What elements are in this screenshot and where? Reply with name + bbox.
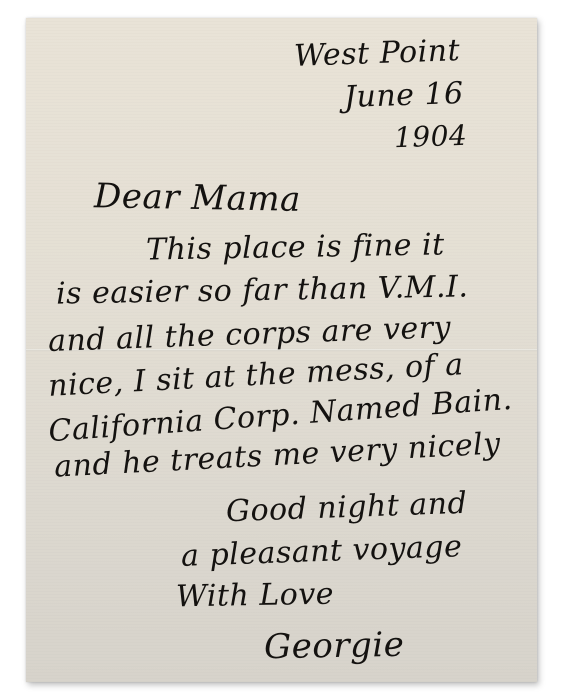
letter-page: West Point June 16 1904 Dear Mama This p… <box>26 18 537 682</box>
letter-body-line: is easier so far than V.M.I. <box>56 269 469 311</box>
letter-body-line: Good night and <box>225 486 467 529</box>
letter-signature: Georgie <box>264 625 405 667</box>
letter-date: June 16 <box>343 76 464 115</box>
letter-body-line: a pleasant voyage <box>180 529 462 574</box>
letter-place: West Point <box>293 33 460 74</box>
letter-closing: With Love <box>176 577 335 615</box>
letter-body-line: This place is fine it <box>146 227 445 267</box>
letter-year: 1904 <box>393 119 467 155</box>
letter-salutation: Dear Mama <box>94 176 301 220</box>
